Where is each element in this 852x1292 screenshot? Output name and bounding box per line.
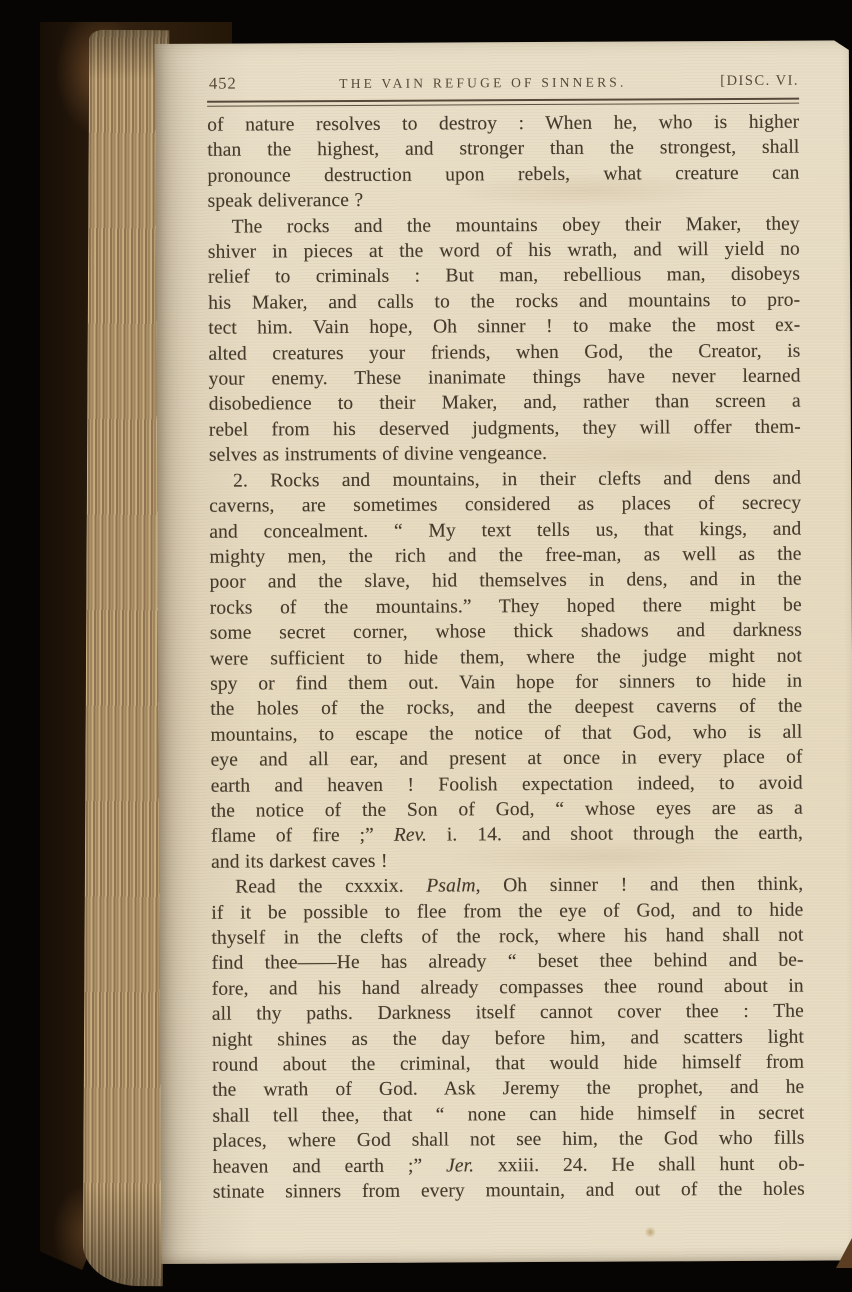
body-text: of nature resolves to destroy : When he,… [207,110,805,1206]
text-line: mountains, to escape the notice of that … [210,719,802,748]
paragraph: Read the cxxxix. Psalm, Oh sinner ! and … [211,872,805,1205]
text-line: the wrath of God. Ask Jeremy the prophet… [212,1075,804,1104]
text-line: 2. Rocks and mountains, in their clefts … [209,465,801,494]
text-line: find thee——He has already “ beset thee b… [212,948,804,977]
text-line: shall tell thee, that “ none can hide hi… [212,1100,804,1129]
text-line: rebel from his deserved judgments, they … [209,415,801,444]
paragraph: 2. Rocks and mountains, in their clefts … [209,465,803,875]
text-line: some secret corner, whose thick shadows … [210,618,802,647]
paragraph: of nature resolves to destroy : When he,… [207,110,800,215]
text-line: thyself in the clefts of the rock, where… [211,923,803,952]
text-line: speak deliverance ? [208,186,800,215]
book-page: 452 THE VAIN REFUGE OF SINNERS. [DISC. V… [155,40,852,1264]
text-line: your enemy. These inanimate things have … [208,364,800,393]
text-line: eye and all ear, and present at once in … [210,745,802,774]
text-line: tect him. Vain hope, Oh sinner ! to make… [208,313,800,342]
page-number: 452 [209,74,237,94]
text-line: shiver in pieces at the word of his wrat… [208,237,800,266]
text-line: disobedience to their Maker, and, rather… [209,389,801,418]
page-header: 452 THE VAIN REFUGE OF SINNERS. [DISC. V… [207,69,799,94]
text-line: selves as instruments of divine vengeanc… [209,440,801,469]
discourse-marker: [DISC. VI. [720,73,799,90]
text-line: and its darkest caves ! [211,846,803,875]
text-line: than the highest, and stronger than the … [207,135,799,164]
text-line: his Maker, and calls to the rocks and mo… [208,287,800,316]
paragraph: The rocks and the mountains obey their M… [208,211,801,468]
text-line: flame of fire ;” Rev. i. 14. and shoot t… [211,821,803,850]
text-line: and concealment. “ My text tells us, tha… [209,516,801,545]
text-line: the holes of the rocks, and the deepest … [210,694,802,723]
text-line: The rocks and the mountains obey their M… [208,211,800,240]
text-line: of nature resolves to destroy : When he,… [207,110,799,139]
text-line: if it be possible to flee from the eye o… [211,897,803,926]
text-line: poor and the slave, hid themselves in de… [210,567,802,596]
text-line: places, where God shall not see him, the… [212,1126,804,1155]
text-line: fore, and his hand already compasses the… [212,973,804,1002]
printed-area: 452 THE VAIN REFUGE OF SINNERS. [DISC. V… [207,69,805,1244]
text-line: rocks of the mountains.” They hoped ther… [210,592,802,621]
text-line: caverns, are sometimes considered as pla… [209,491,801,520]
text-line: relief to criminals : But man, rebelliou… [208,262,800,291]
running-title: THE VAIN REFUGE OF SINNERS. [339,75,626,93]
text-line: stinate sinners from every mountain, and… [213,1177,805,1206]
text-line: all thy paths. Darkness itself cannot co… [212,999,804,1028]
text-line: earth and heaven ! Foolish expectation i… [211,770,803,799]
text-line: were sufficient to hide them, where the … [210,643,802,672]
text-line: pronounce destruction upon rebels, what … [207,160,799,189]
text-line: spy or find them out. Vain hope for sinn… [210,669,802,698]
book-scan-photo: 452 THE VAIN REFUGE OF SINNERS. [DISC. V… [0,0,852,1292]
text-line: night shines as the day before him, and … [212,1024,804,1053]
text-line: heaven and earth ;” Jer. xxiii. 24. He s… [213,1151,805,1180]
text-line: mighty men, the rich and the free-man, a… [209,542,801,571]
header-divider-rule [207,98,799,107]
text-line: alted creatures your friends, when God, … [208,338,800,367]
text-line: the notice of the Son of God, “ whose ey… [211,796,803,825]
text-line: Read the cxxxix. Psalm, Oh sinner ! and … [211,872,803,901]
text-line: round about the criminal, that would hid… [212,1050,804,1079]
